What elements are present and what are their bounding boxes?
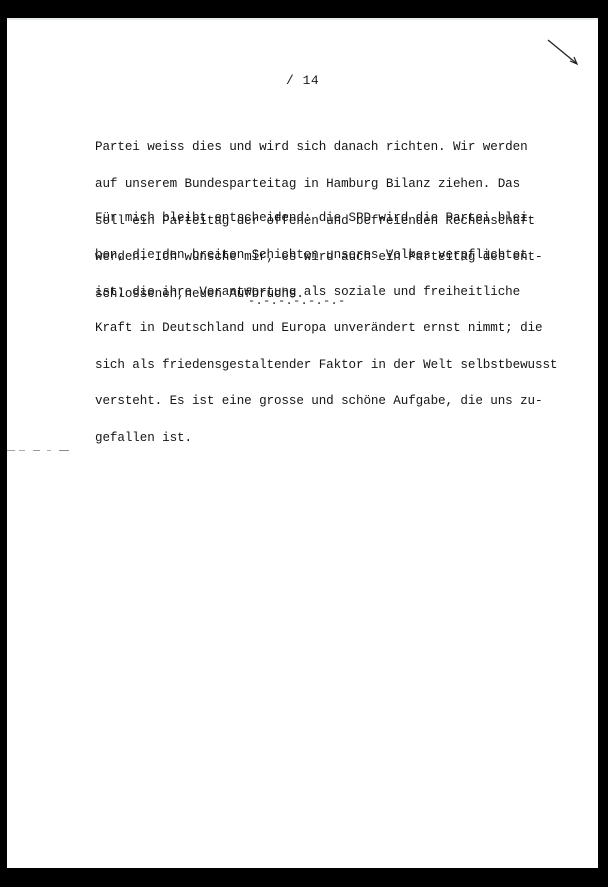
scan-specks bbox=[7, 449, 72, 452]
text-line: Kraft in Deutschland und Europa unveränd… bbox=[95, 322, 557, 334]
text-line: Partei weiss dies und wird sich danach r… bbox=[95, 141, 542, 153]
text-line: sich als friedensgestaltender Faktor in … bbox=[95, 359, 557, 371]
text-line: gefallen ist. bbox=[95, 432, 557, 444]
scan-frame: / 14 Partei weiss dies und wird sich dan… bbox=[0, 0, 608, 887]
page-number: / 14 bbox=[286, 73, 319, 88]
scan-edge bbox=[7, 18, 598, 20]
paragraph-2: Für mich bleibt entscheidend: die SPD wi… bbox=[95, 188, 557, 469]
end-separator: -.-.-.-.-.-.- bbox=[248, 294, 346, 308]
arrow-mark-icon bbox=[546, 38, 582, 68]
text-line: versteht. Es ist eine grosse und schöne … bbox=[95, 395, 557, 407]
text-line: Für mich bleibt entscheidend: die SPD wi… bbox=[95, 212, 557, 224]
text-line: ben, die den breiten Schichten unseres V… bbox=[95, 249, 557, 261]
